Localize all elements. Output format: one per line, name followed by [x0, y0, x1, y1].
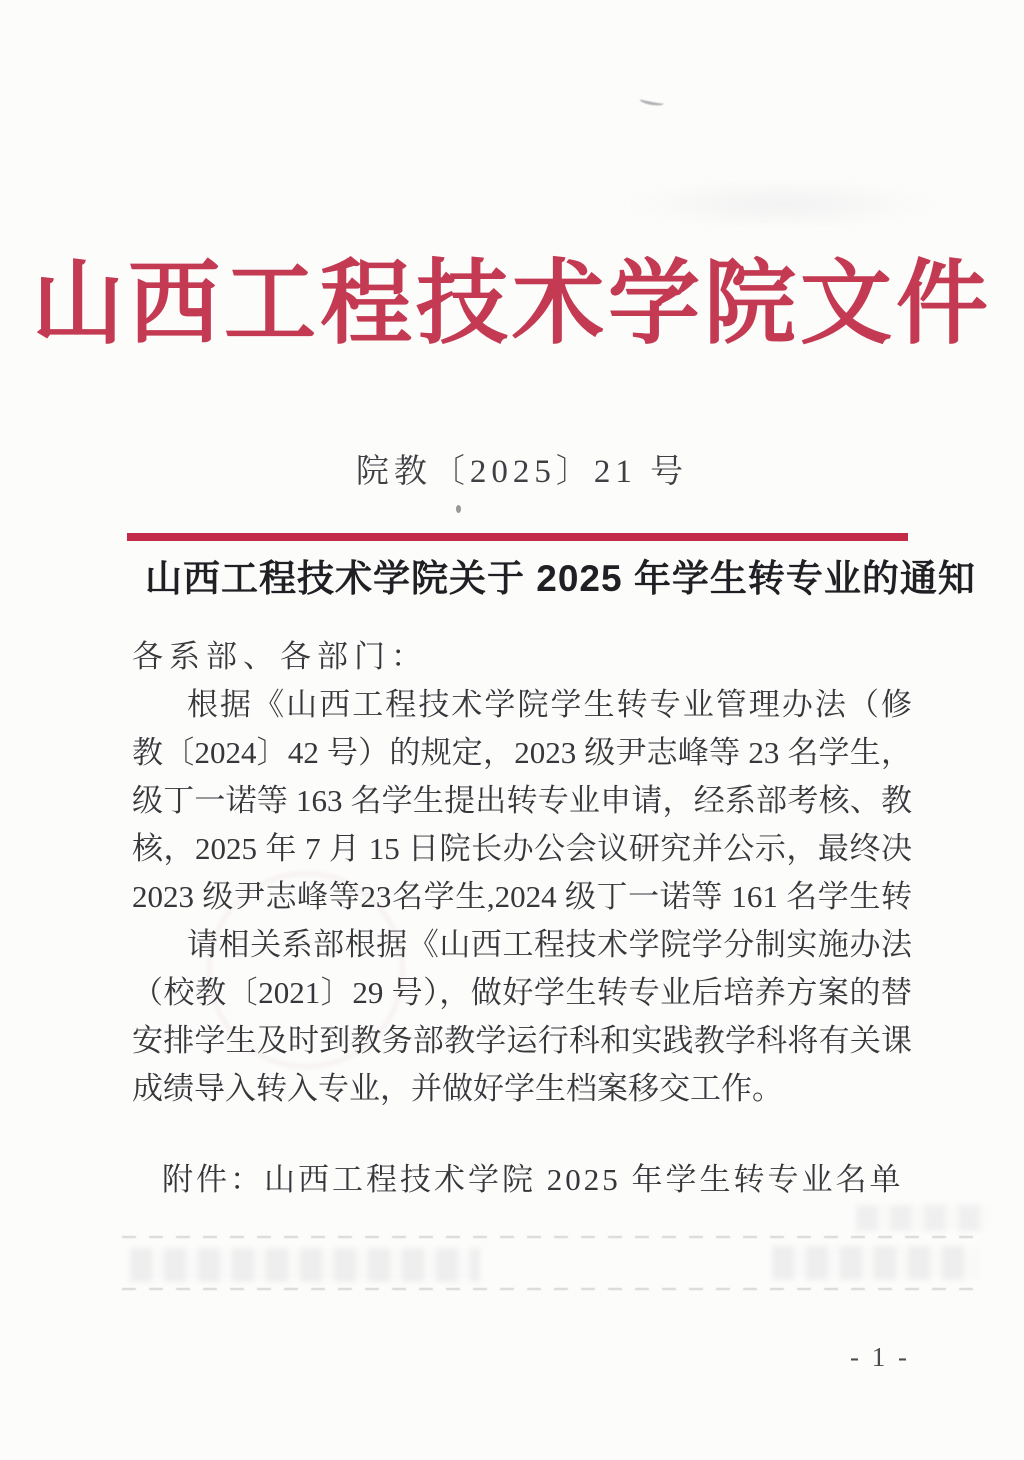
page-number: - 1 -: [838, 1342, 922, 1373]
letterhead-title: 山西工程技术学院文件: [0, 248, 1024, 360]
attachment-line: 附件：山西工程技术学院 2025 年学生转专业名单: [132, 1160, 932, 1200]
bleed-through-text: [856, 1205, 988, 1231]
ink-speck: [456, 505, 461, 513]
body-line: 根据《山西工程技术学院学生转专业管理办法（修订）》（院: [132, 681, 912, 729]
body-line: 级丁一诺等 163 名学生提出转专业申请，经系部考核、教务部审: [132, 777, 912, 825]
body-line: 教〔2024〕42 号）的规定，2023 级尹志峰等 23 名学生，2024: [132, 729, 912, 777]
bleed-through-smudge: [620, 178, 940, 230]
scanned-document-page: 山西工程技术学院文件 院教〔2025〕21 号 山西工程技术学院关于 2025 …: [0, 0, 1024, 1460]
body-line: 核，2025 年 7 月 15 日院长办公会议研究并公示，最终决定同意: [132, 825, 912, 873]
body-line: （校教〔2021〕29 号），做好学生转专业后培养方案的替换工作，: [132, 969, 912, 1017]
bleed-through-rule: [122, 1236, 984, 1238]
notice-title: 山西工程技术学院关于 2025 年学生转专业的通知: [145, 557, 926, 601]
body-line: 请相关系部根据《山西工程技术学院学分制实施办法（修订）》: [132, 921, 912, 969]
body-line: 成绩导入转入专业，并做好学生档案移交工作。: [132, 1065, 912, 1113]
bleed-through-rule: [122, 1288, 984, 1290]
notice-body: 各系部、各部门： 根据《山西工程技术学院学生转专业管理办法（修订）》（院 教〔2…: [132, 633, 912, 1113]
body-line: 2023 级尹志峰等23名学生,2024 级丁一诺等 161 名学生转专业。: [132, 873, 912, 921]
body-line: 安排学生及时到教务部教学运行科和实践教学科将有关课程和: [132, 1017, 912, 1065]
red-separator-rule: [127, 533, 908, 541]
bleed-through-text: [130, 1248, 480, 1282]
salutation-line: 各系部、各部门：: [132, 633, 912, 681]
document-number: 院教〔2025〕21 号: [10, 452, 1024, 492]
ink-mark: [640, 96, 665, 108]
bleed-through-text: [772, 1246, 977, 1280]
